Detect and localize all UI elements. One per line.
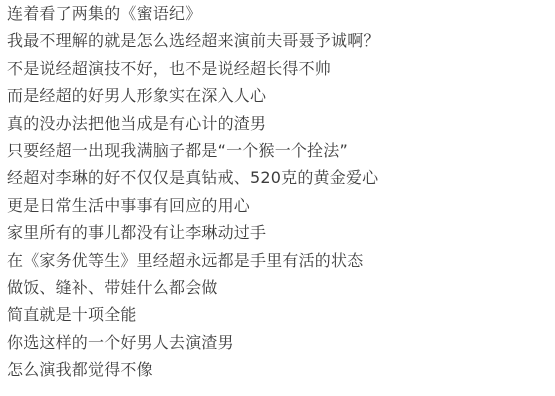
text-line: 简直就是十项全能 bbox=[7, 301, 545, 328]
text-line: 经超对李琳的好不仅仅是真钻戒、520克的黄金爱心 bbox=[7, 164, 545, 191]
text-line: 怎么演我都觉得不像 bbox=[7, 356, 545, 383]
text-line: 真的没办法把他当成是有心计的渣男 bbox=[7, 110, 545, 137]
post-text-block: 连着看了两集的《蜜语纪》 我最不理解的就是怎么选经超来演前夫哥聂予诚啊？ 不是说… bbox=[0, 0, 555, 383]
text-line: 更是日常生活中事事有回应的用心 bbox=[7, 192, 545, 219]
text-line: 做饭、缝补、带娃什么都会做 bbox=[7, 274, 545, 301]
text-line: 连着看了两集的《蜜语纪》 bbox=[7, 0, 545, 27]
text-line: 在《家务优等生》里经超永远都是手里有活的状态 bbox=[7, 247, 545, 274]
text-line: 家里所有的事儿都没有让李琳动过手 bbox=[7, 219, 545, 246]
text-line: 不是说经超演技不好，也不是说经超长得不帅 bbox=[7, 55, 545, 82]
text-line: 我最不理解的就是怎么选经超来演前夫哥聂予诚啊？ bbox=[7, 27, 545, 54]
text-line: 而是经超的好男人形象实在深入人心 bbox=[7, 82, 545, 109]
text-line: 只要经超一出现我满脑子都是“一个猴一个拴法” bbox=[7, 137, 545, 164]
text-line: 你选这样的一个好男人去演渣男 bbox=[7, 329, 545, 356]
